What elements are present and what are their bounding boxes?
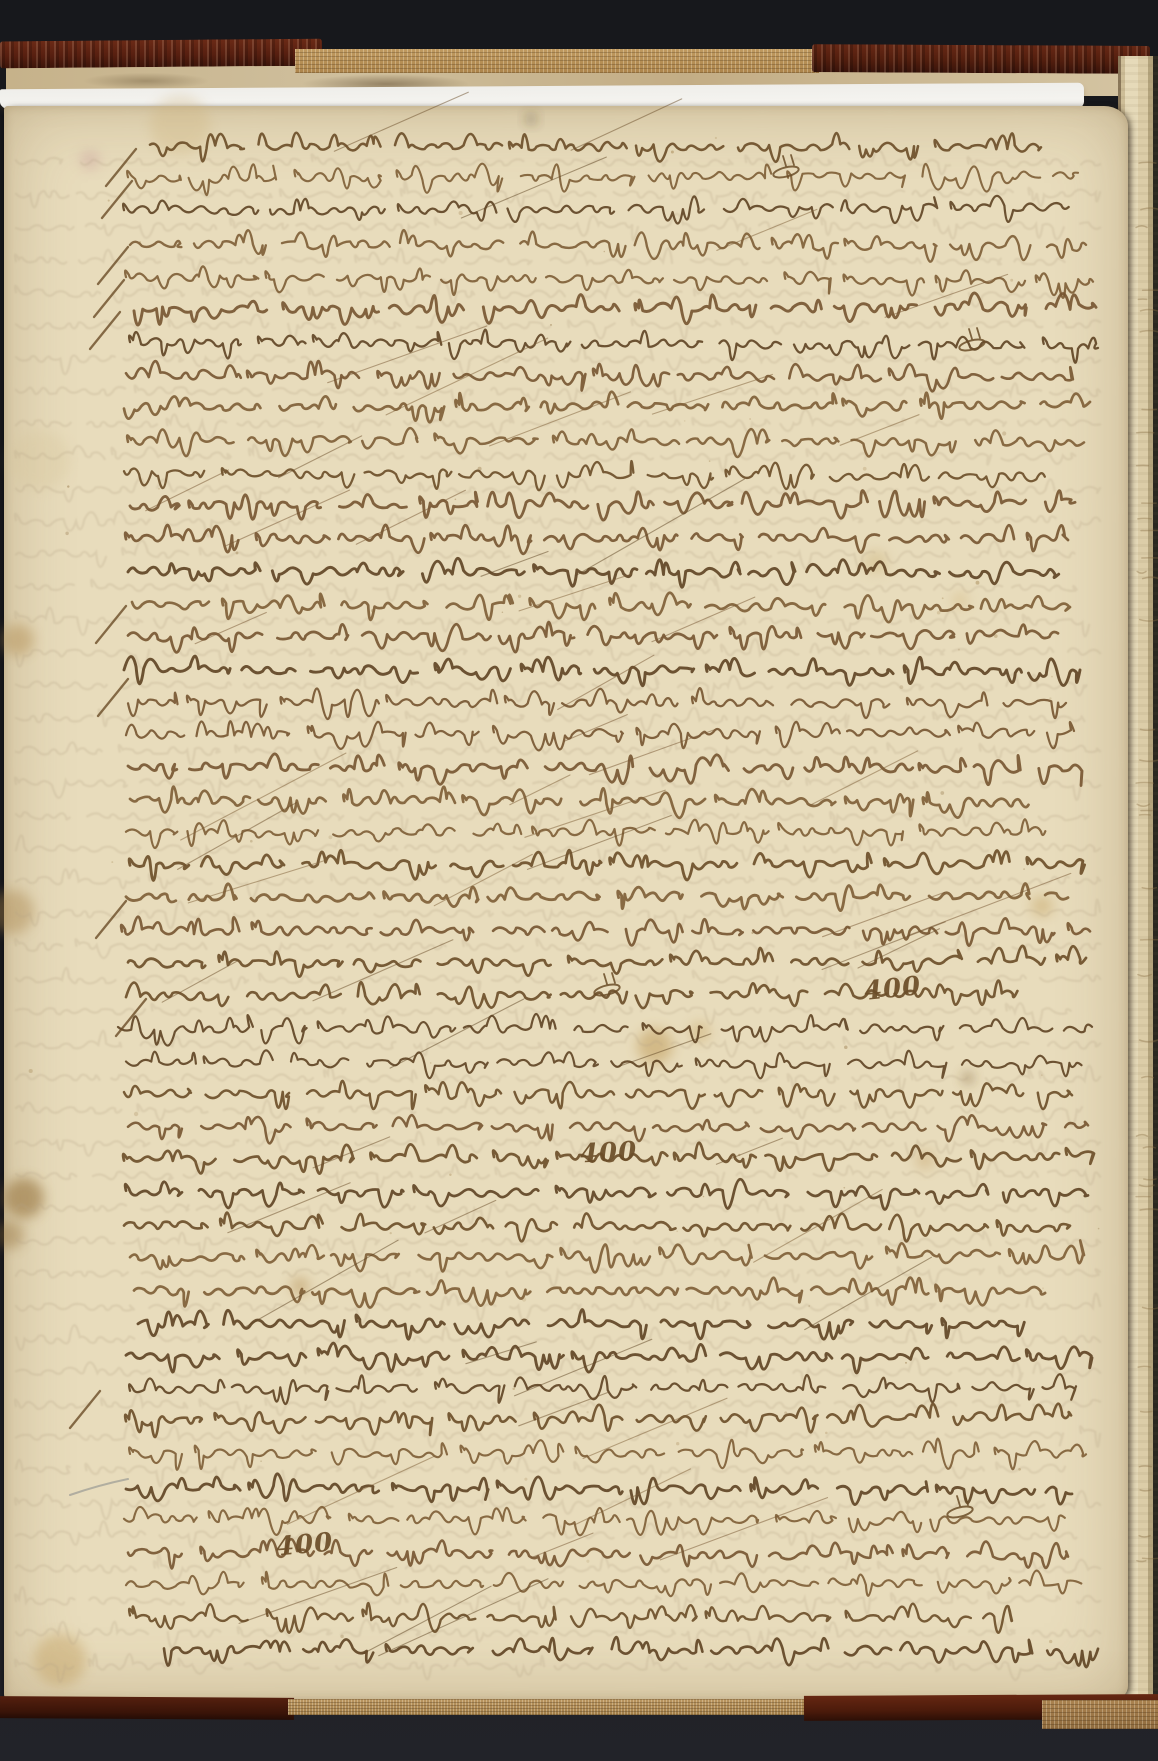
spine-leather-top-right: [812, 44, 1150, 74]
binding-cloth-bottom-corner: [1042, 1700, 1158, 1729]
numeral-400-repaid: 400: [275, 1528, 335, 1563]
numeral-400-lent: 400: [579, 1137, 638, 1170]
manuscript-photo: 400 400 400: [0, 0, 1158, 1761]
manuscript-page: [4, 106, 1128, 1700]
numeral-400-abbot-loan: 400: [863, 971, 923, 1007]
spine-leather-top-left: [0, 39, 322, 69]
binding-cloth-top: [295, 49, 819, 73]
binding-cloth-bottom: [288, 1699, 810, 1715]
spine-leather-bottom-left: [0, 1696, 294, 1720]
